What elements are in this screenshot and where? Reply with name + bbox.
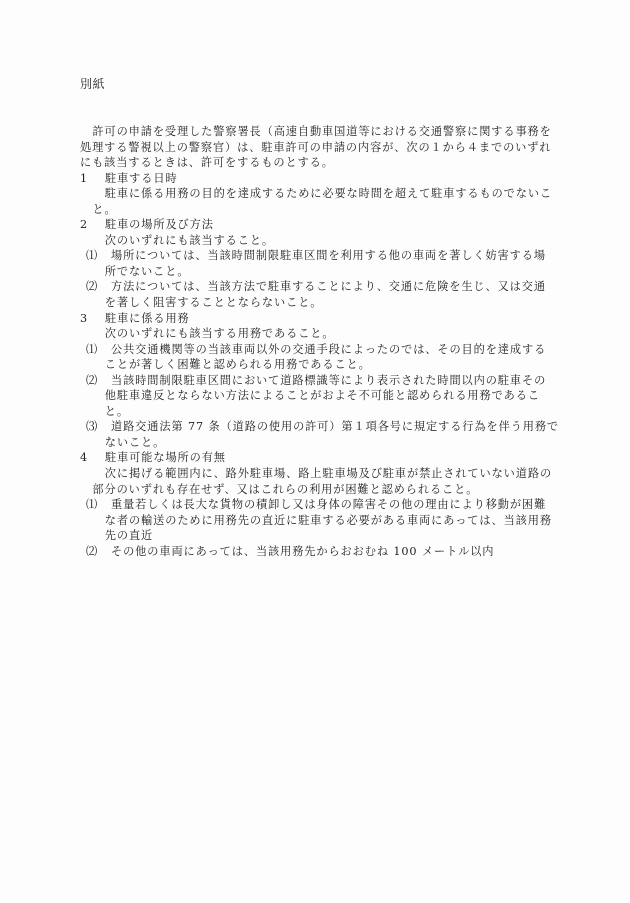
item-number: ⑴ — [86, 248, 111, 264]
section-text: 部分のいずれも存在せず、又はこれらの利用が困難と認められること。 — [80, 482, 565, 498]
section-text: 駐車に係る用務の目的を達成するために必要な時間を超えて駐車するものでないこ — [80, 186, 565, 202]
attachment-label: 別紙 — [80, 77, 105, 92]
item-number: ⑵ — [86, 373, 111, 389]
intro-line: 処理する警視以上の警察官）は、駐車許可の申請の内容が、次の１から４までのいずれ — [80, 140, 565, 156]
section-heading: 3駐車に係る用務 — [80, 311, 565, 327]
sub-item: ⑵方法については、当該方法で駐車することにより、交通に危険を生じ、又は交通 — [80, 279, 565, 295]
item-text: と。 — [80, 404, 565, 420]
section-number: 4 — [80, 450, 105, 466]
section-number: 2 — [80, 217, 105, 233]
section-title: 駐車可能な場所の有無 — [105, 451, 226, 464]
section-number: 1 — [80, 171, 105, 187]
item-text: 当該時間制限駐車区間において道路標識等により表示された時間以内の駐車その — [111, 374, 546, 387]
item-text: ことが著しく困難と認められる用務であること。 — [80, 357, 565, 373]
section-title: 駐車の場所及び方法 — [105, 218, 214, 231]
section-text: 次のいずれにも該当する用務であること。 — [80, 326, 565, 342]
section-text: と。 — [80, 202, 565, 218]
item-number: ⑶ — [86, 419, 111, 435]
sub-item: ⑴公共交通機関等の当該車両以外の交通手段によったのでは、その目的を達成する — [80, 342, 565, 358]
sub-item: ⑵当該時間制限駐車区間において道路標識等により表示された時間以内の駐車その — [80, 373, 565, 389]
section-heading: 4駐車可能な場所の有無 — [80, 450, 565, 466]
intro-line: 許可の申請を受理した警察署長（高速自動車国道等における交通警察に関する事務を — [80, 124, 565, 140]
section-text: 次に掲げる範囲内に、路外駐車場、路上駐車場及び駐車が禁止されていない道路の — [80, 466, 565, 482]
item-text: その他の車両にあっては、当該用務先からおおむね 100 メートル以内 — [111, 545, 494, 558]
item-number: ⑴ — [86, 497, 111, 513]
item-text: を著しく阻害することとならないこと。 — [80, 295, 565, 311]
item-number: ⑴ — [86, 342, 111, 358]
item-text: 重量若しくは長大な貨物の積卸し又は身体の障害その他の理由により移動が困難 — [111, 498, 546, 511]
item-text: 他駐車違反とならない方法によることがおよそ不可能と認められる用務であるこ — [80, 388, 565, 404]
section-heading: 2駐車の場所及び方法 — [80, 217, 565, 233]
item-text: 場所については、当該時間制限駐車区間を利用する他の車両を著しく妨害する場 — [111, 249, 546, 262]
sub-item: ⑵その他の車両にあっては、当該用務先からおおむね 100 メートル以内 — [80, 544, 565, 560]
section-text: 次のいずれにも該当すること。 — [80, 233, 565, 249]
item-text: 所でないこと。 — [80, 264, 565, 280]
item-number: ⑵ — [86, 544, 111, 560]
section-number: 3 — [80, 311, 105, 327]
item-text: 道路交通法第 77 条（道路の使用の許可）第１項各号に規定する行為を伴う用務で — [111, 420, 559, 433]
document-body: 許可の申請を受理した警察署長（高速自動車国道等における交通警察に関する事務を 処… — [80, 124, 565, 559]
section-title: 駐車に係る用務 — [105, 312, 190, 325]
item-text: 公共交通機関等の当該車両以外の交通手段によったのでは、その目的を達成する — [111, 343, 546, 356]
document-page: 別紙 許可の申請を受理した警察署長（高速自動車国道等における交通警察に関する事務… — [0, 0, 630, 903]
item-number: ⑵ — [86, 279, 111, 295]
section-heading: 1駐車する日時 — [80, 171, 565, 187]
item-text: 方法については、当該方法で駐車することにより、交通に危険を生じ、又は交通 — [111, 280, 546, 293]
item-text: 先の直近 — [80, 528, 565, 544]
sub-item: ⑴場所については、当該時間制限駐車区間を利用する他の車両を著しく妨害する場 — [80, 248, 565, 264]
item-text: ないこと。 — [80, 435, 565, 451]
sub-item: ⑴重量若しくは長大な貨物の積卸し又は身体の障害その他の理由により移動が困難 — [80, 497, 565, 513]
section-title: 駐車する日時 — [105, 172, 178, 185]
sub-item: ⑶道路交通法第 77 条（道路の使用の許可）第１項各号に規定する行為を伴う用務で — [80, 419, 565, 435]
item-text: な者の輸送のために用務先の直近に駐車する必要がある車両にあっては、当該用務 — [80, 513, 565, 529]
intro-line: にも該当するときは、許可をするものとする。 — [80, 155, 565, 171]
